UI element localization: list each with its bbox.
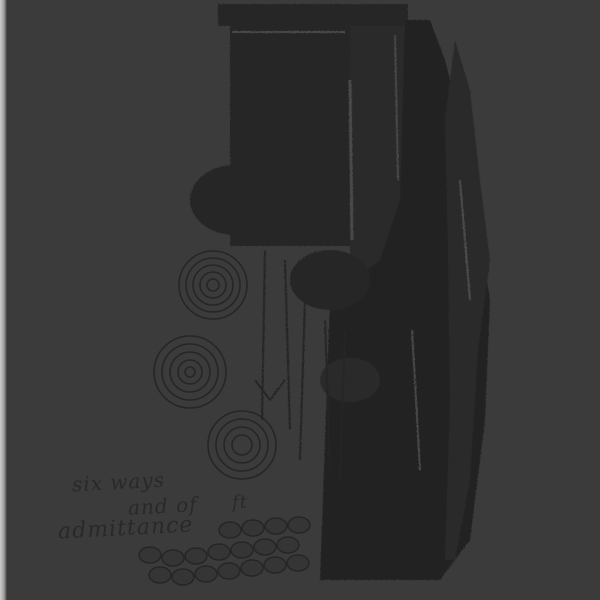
artwork-canvas: six ways and of ft admittance (0, 0, 600, 600)
artwork-illustration (0, 0, 600, 600)
spiral-circles (154, 251, 276, 479)
handwriting-mark: ft (231, 492, 248, 514)
handwriting-line-1: six ways (71, 468, 165, 497)
